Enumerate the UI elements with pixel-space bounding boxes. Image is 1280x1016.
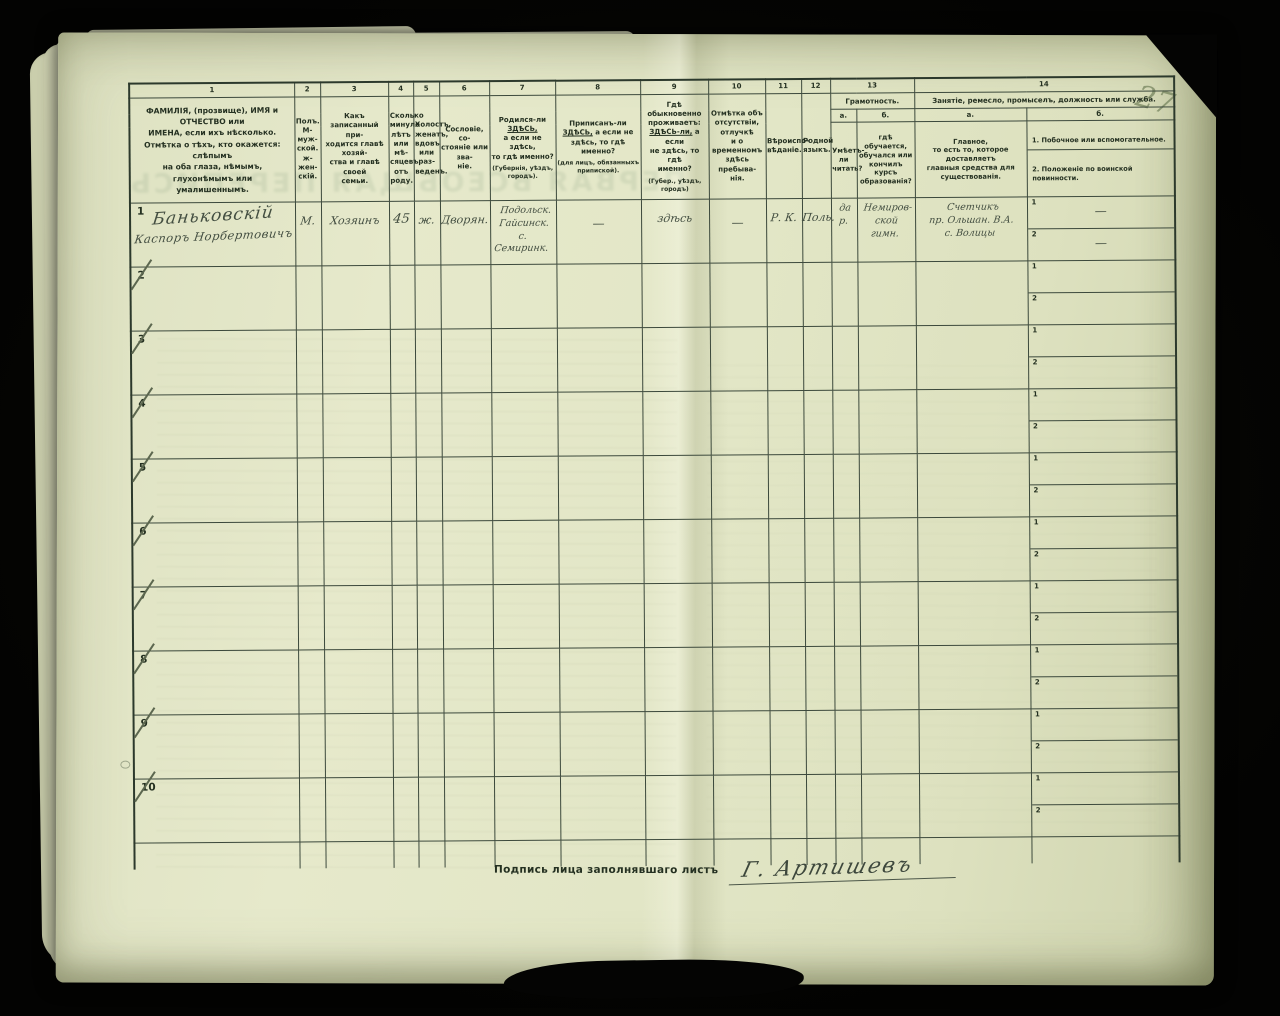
marital-cell [416, 457, 442, 521]
value [1030, 517, 1177, 525]
value: — [1027, 197, 1174, 219]
value [834, 647, 859, 651]
literacy-cell [833, 518, 859, 582]
value [712, 583, 768, 599]
sub-cell: 1 [1028, 325, 1175, 358]
col-number: 10 [708, 79, 765, 94]
sub-cell: 2 [1031, 677, 1178, 709]
birthplace-cell [491, 328, 557, 392]
residence-cell [644, 583, 712, 647]
value [859, 518, 916, 522]
value [768, 519, 804, 531]
value [322, 330, 390, 342]
header-literacy-group: Грамотность. [830, 93, 914, 110]
value [802, 263, 831, 275]
value [418, 778, 444, 790]
side-occupation-cell: 12 [1030, 580, 1178, 645]
value [1030, 549, 1177, 557]
header-can-read: Умѣетъ- ли читать? [830, 122, 857, 198]
sub-number: 1 [1035, 646, 1040, 654]
row-number: 3 [138, 334, 145, 346]
education-cell [858, 326, 916, 390]
registered-cell [560, 712, 645, 777]
value [804, 583, 833, 595]
value [559, 520, 643, 537]
sub-number: 1 [1032, 263, 1037, 271]
col-number: 2 [294, 82, 320, 97]
value [297, 586, 323, 598]
religion-cell [769, 583, 805, 647]
sub-cell: 2 [1031, 741, 1178, 773]
age-cell [393, 777, 418, 841]
header-age: Сколько минуло лѣтъ или мѣ- сяцевъ отъ р… [388, 96, 414, 201]
estate-cell [442, 457, 492, 521]
relation-cell [323, 522, 391, 586]
value [493, 585, 558, 589]
value [711, 455, 767, 471]
value [917, 390, 1028, 395]
sex-cell [297, 458, 323, 522]
occupation-cell [917, 517, 1029, 582]
marital-cell [416, 521, 442, 585]
sub-cell: 2— [1028, 229, 1175, 261]
estate-cell [441, 329, 491, 393]
stub-cell [418, 841, 444, 868]
marital-cell [417, 585, 443, 649]
religion-cell [768, 519, 804, 583]
birthplace-cell [490, 264, 556, 328]
value [322, 394, 390, 406]
value: да р. [830, 199, 858, 229]
value [557, 328, 641, 345]
person-row: 412 [131, 388, 1176, 459]
sex-cell [299, 778, 325, 842]
marital-cell: ж. [414, 201, 440, 265]
side-occupation-cell: 12 [1028, 388, 1176, 453]
header-absence: Отмѣтка объ отсутствіи, отлучкѣ и о врем… [708, 94, 766, 200]
sub-number: 2 [1034, 550, 1039, 558]
value [805, 711, 834, 723]
registered-cell: — [556, 200, 641, 265]
name-cell: 7 [133, 586, 298, 651]
person-row: 812 [133, 644, 1178, 715]
value [492, 393, 557, 397]
religion-cell [770, 711, 806, 775]
residence-cell: здѣсь [641, 199, 709, 263]
value [297, 522, 323, 534]
language-cell [803, 326, 832, 390]
value [643, 584, 711, 596]
sex-cell [298, 586, 324, 650]
value [325, 778, 393, 790]
sub-number: 1 [1035, 710, 1040, 718]
value [494, 713, 559, 717]
sub-cell: 1 [1030, 517, 1177, 550]
col-number: 9 [640, 80, 708, 95]
literacy-cell [831, 262, 857, 326]
value [391, 458, 416, 468]
sub-cell: 1 [1030, 581, 1177, 614]
value [713, 711, 769, 727]
person-row: 512 [132, 452, 1177, 523]
value [1031, 677, 1178, 685]
relation-cell [322, 330, 390, 394]
sub-number: 2 [1036, 806, 1041, 814]
religion-cell: Р. К. [766, 199, 802, 263]
col-number: 12 [801, 79, 830, 94]
education-cell [857, 262, 915, 326]
value [443, 649, 493, 661]
col-number: 7 [489, 81, 555, 96]
age-cell [391, 457, 416, 521]
person-row: 912 [134, 708, 1179, 779]
value [644, 712, 712, 724]
sub-cell: 2 [1029, 485, 1176, 517]
sub-cell: 2 [1029, 421, 1176, 453]
sub-cell: 2 [1029, 357, 1176, 389]
value [832, 327, 857, 331]
value [1028, 261, 1175, 269]
marital-cell [418, 713, 444, 777]
header-education: гдѣ обучается, обучался или кончилъ курс… [856, 122, 915, 199]
birthplace-cell [494, 712, 560, 776]
value [803, 327, 832, 339]
age-cell [389, 265, 414, 329]
residence-cell [642, 327, 710, 391]
header-relation: Какъ записанный при- ходится главѣ хозяй… [320, 96, 389, 202]
relation-cell: Хозяинъ [321, 202, 389, 266]
value [835, 775, 860, 779]
census-header: 1 2 3 4 5 6 7 8 9 10 11 12 13 14 [129, 76, 1175, 203]
value [558, 456, 642, 473]
value [642, 392, 710, 404]
col-number: 6 [439, 81, 489, 96]
value [833, 391, 858, 395]
value [416, 458, 442, 470]
birthplace-cell [494, 776, 560, 840]
estate-cell [441, 393, 491, 457]
value [1029, 485, 1176, 493]
value [491, 329, 556, 333]
occupation-cell [919, 773, 1031, 838]
person-row: 1012 [134, 772, 1179, 843]
value [768, 455, 804, 467]
value [917, 454, 1028, 459]
literacy-cell [832, 390, 858, 454]
value [916, 326, 1027, 331]
value [806, 775, 835, 787]
value [1028, 325, 1175, 333]
side-occupation-cell: 1—2— [1027, 196, 1175, 261]
relation-cell [324, 650, 392, 714]
person-row: 1БаньковскійКаспоръ НорбертовичъМ.Хозяин… [130, 196, 1175, 267]
value [323, 522, 391, 534]
sex-cell [296, 330, 322, 394]
sub-number: 2 [1033, 358, 1038, 366]
education-cell [860, 646, 918, 710]
value [861, 710, 918, 714]
value [390, 330, 415, 340]
value [492, 457, 557, 461]
value [297, 458, 323, 470]
estate-cell: Дворян. [440, 201, 490, 265]
value [766, 263, 802, 275]
photo-stage: ПЕРВАЯ ВСЕОБЩАЯ ПЕРЕПИСЬ 27 1 2 [0, 0, 1280, 1016]
value [770, 775, 806, 787]
relation-cell [324, 586, 392, 650]
header-residence: Гдѣ обыкновенно проживаетъ: ЗДѢСЬ-ли, а … [640, 94, 709, 200]
value [643, 520, 711, 532]
name-cell: 3 [131, 330, 296, 395]
absence-cell [711, 455, 768, 519]
estate-cell [440, 265, 490, 329]
literacy-cell [834, 646, 860, 710]
registered-cell [557, 328, 642, 393]
literacy-cell [834, 582, 860, 646]
age-cell [393, 713, 418, 777]
sub-cell: 2 [1028, 293, 1175, 325]
value [323, 458, 391, 470]
age-cell [392, 649, 417, 713]
census-table: 1 2 3 4 5 6 7 8 9 10 11 12 13 14 [128, 75, 1180, 869]
sub-a: а. [914, 108, 1026, 122]
name-cell: 5 [132, 458, 297, 523]
religion-cell [769, 647, 805, 711]
literacy-cell [835, 710, 861, 774]
value [494, 777, 559, 781]
sub-cell: 1 [1029, 389, 1176, 422]
value [417, 650, 443, 662]
registered-cell [558, 456, 643, 521]
value: — [1028, 229, 1175, 251]
row-number: 7 [140, 590, 147, 602]
value [833, 455, 858, 459]
row-number: 2 [137, 270, 144, 282]
col-number: 13 [830, 78, 914, 93]
value: 45 [388, 202, 415, 227]
value [560, 648, 644, 665]
religion-cell [768, 455, 804, 519]
value [1030, 581, 1177, 589]
religion-cell [767, 391, 803, 455]
relation-cell [321, 266, 389, 330]
language-cell: Поль. [802, 198, 831, 262]
census-table-wrap: 1 2 3 4 5 6 7 8 9 10 11 12 13 14 [128, 75, 1180, 869]
census-sheet: ПЕРВАЯ ВСЕОБЩАЯ ПЕРЕПИСЬ 27 1 2 [56, 32, 1216, 985]
sex-cell [297, 522, 323, 586]
value [1028, 293, 1175, 301]
margin-mark [120, 761, 130, 769]
value: — [709, 199, 765, 229]
stub-cell [299, 842, 325, 869]
sub-cell: 1 [1031, 645, 1178, 678]
stub-cell [393, 841, 418, 868]
name-cell: 8 [133, 650, 298, 715]
value [560, 712, 644, 729]
value [559, 584, 643, 601]
registered-cell [557, 392, 642, 457]
sub-number: 2 [1035, 678, 1040, 686]
sub-number: 1 [1031, 199, 1036, 207]
absence-cell [710, 327, 767, 391]
value [1029, 357, 1176, 365]
value: Р. К. [765, 199, 803, 224]
value [444, 777, 494, 789]
value [323, 586, 391, 598]
absence-cell [709, 263, 766, 327]
value [442, 457, 492, 469]
sub-a: а. [830, 109, 856, 122]
birthplace-cell [491, 392, 557, 456]
value [710, 263, 766, 279]
value [642, 328, 710, 340]
sub-number: 1 [1033, 454, 1038, 462]
value [918, 582, 1029, 587]
value: Поль. [801, 199, 832, 224]
value [767, 391, 803, 403]
value [443, 713, 493, 725]
value [713, 647, 769, 663]
value [389, 266, 414, 276]
occupation-cell [919, 709, 1031, 774]
value [493, 649, 558, 653]
religion-cell [766, 263, 802, 327]
absence-cell: — [709, 199, 766, 263]
value [805, 647, 834, 659]
value [299, 778, 325, 790]
literacy-cell [832, 326, 858, 390]
header-side-1: 1. Побочное или вспомогательное. [1027, 129, 1174, 151]
age-cell [391, 521, 416, 585]
registered-cell [558, 520, 643, 585]
value [441, 393, 491, 405]
residence-cell [641, 263, 709, 327]
signature-block: Подпись лица заполнявшаго листъГ. Артише… [494, 854, 959, 882]
value [769, 647, 805, 659]
value: ж. [413, 202, 441, 227]
value [769, 711, 805, 723]
occupation-cell [916, 389, 1028, 454]
education-cell [860, 582, 918, 646]
religion-cell [770, 775, 806, 839]
sub-cell: 2 [1030, 549, 1177, 581]
literacy-cell: да р. [831, 198, 857, 262]
header-religion: Вѣроиспо- вѣданіе. [765, 93, 802, 198]
absence-cell [713, 711, 770, 775]
value [1031, 709, 1178, 717]
stub-cell [134, 842, 299, 870]
value [919, 710, 1030, 715]
value: Счетчикъ пр. Ольшан. В.А. с. Волицы [913, 198, 1029, 241]
value [295, 266, 321, 278]
sub-b: б. [856, 109, 914, 122]
value [860, 646, 917, 650]
side-occupation-cell: 12 [1027, 260, 1175, 325]
value: Немиров- ской гимн. [855, 198, 917, 241]
language-cell [806, 710, 835, 774]
value [390, 394, 415, 404]
value [296, 330, 322, 342]
side-occupation-cell: 12 [1031, 708, 1179, 773]
sub-cell: 1 [1031, 709, 1178, 742]
value [917, 518, 1028, 523]
sub-cell: 2 [1030, 613, 1177, 645]
value [641, 264, 709, 276]
registered-cell [556, 264, 641, 329]
value [1029, 453, 1176, 461]
value [392, 586, 417, 596]
value [491, 265, 556, 269]
religion-cell [767, 327, 803, 391]
birthplace-cell [493, 584, 559, 648]
value [558, 392, 642, 409]
name-cell: 9 [134, 714, 299, 779]
estate-cell [443, 649, 493, 713]
col-number: 4 [388, 82, 413, 97]
value [1031, 773, 1178, 781]
header-occupation-group: Занятіе, ремесло, промыселъ, должность и… [914, 91, 1174, 109]
side-occupation-cell: 12 [1029, 516, 1177, 581]
person-row: 612 [132, 516, 1177, 587]
language-cell [804, 454, 833, 518]
col-number: 5 [413, 81, 439, 96]
sex-cell [298, 650, 324, 714]
value: Дворян. [439, 201, 491, 226]
value [916, 262, 1027, 267]
value [414, 266, 440, 278]
torn-bottom-edge [504, 958, 805, 1000]
value [643, 456, 711, 468]
value [1032, 805, 1179, 813]
value [834, 583, 859, 587]
education-cell [858, 390, 916, 454]
absence-cell [712, 647, 769, 711]
value [441, 329, 491, 341]
language-cell [805, 646, 834, 710]
header-name: ФАМИЛІЯ, (прозвище), ИМЯ и ОТЧЕСТВО или … [129, 97, 295, 203]
absence-cell [712, 583, 769, 647]
value [440, 265, 490, 277]
residence-cell [645, 711, 713, 775]
stub-cell [325, 842, 393, 869]
value [392, 714, 417, 724]
birthplace-cell: Подольск. Гайсинск. с. Семиринк. [490, 200, 556, 264]
relation-cell [325, 714, 393, 778]
value: — [556, 200, 640, 231]
estate-cell [442, 521, 492, 585]
col-number: 11 [765, 79, 801, 94]
education-cell [859, 454, 917, 518]
marital-cell [415, 329, 441, 393]
occupation-cell [918, 581, 1030, 646]
sub-number: 1 [1032, 327, 1037, 335]
name-cell: 6 [132, 522, 297, 587]
value [415, 330, 441, 342]
sub-cell: 2 [1032, 805, 1179, 837]
sub-cell: 1— [1027, 197, 1174, 230]
education-cell: Немиров- ской гимн. [857, 198, 915, 262]
header-registration: Приписанъ-ли ЗДѢСЬ, а если не здѣсь, то … [555, 95, 641, 201]
sub-number: 1 [1033, 390, 1038, 398]
occupation-cell: Счетчикъ пр. Ольшан. В.А. с. Волицы [915, 197, 1027, 262]
marital-cell [418, 777, 444, 841]
value [835, 711, 860, 715]
header-estate: Сословіе, со- стояніе или зва- ніе. [439, 96, 490, 202]
language-cell [805, 582, 834, 646]
sex-cell [299, 714, 325, 778]
header-main-occupation: Главное, то есть то, которое доставляетъ… [914, 121, 1027, 198]
header-language: Родной языкъ. [801, 93, 831, 198]
